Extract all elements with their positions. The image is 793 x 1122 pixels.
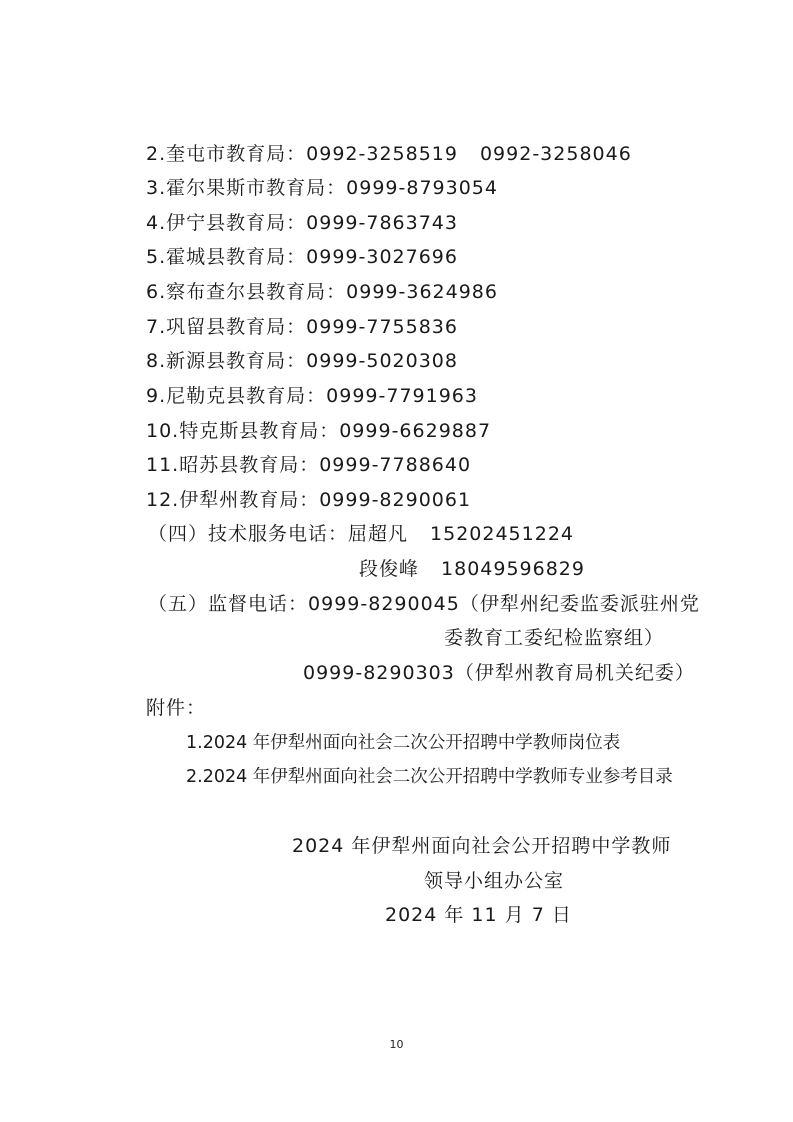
contact-phone: 0999-7791963	[326, 385, 478, 407]
contact-phone: 0999-6629887	[339, 420, 491, 442]
contact-item-zhaosu: 11.昭苏县教育局：0999-7788640	[146, 453, 471, 477]
tech-support-name: 屈超凡	[348, 523, 408, 545]
contact-item-gongliu: 7.巩留县教育局：0999-7755836	[146, 315, 458, 339]
contact-phone: 0999-7788640	[319, 454, 471, 476]
supervision-line-2: 委教育工委纪检监察组）	[444, 626, 664, 650]
contact-phone: 0999-3624986	[346, 281, 498, 303]
contact-item-kuitun: 2.奎屯市教育局：0992-32585190992-3258046	[146, 142, 632, 166]
supervision-phone: 0999-8290045	[308, 593, 460, 615]
contact-phone-2: 0992-3258046	[480, 143, 632, 165]
contact-label: 6.察布查尔县教育局：	[146, 281, 346, 303]
signature-date: 2024 年 11 月 7 日	[385, 903, 572, 927]
contact-label: 2.奎屯市教育局：	[146, 143, 306, 165]
contact-label: 7.巩留县教育局：	[146, 316, 306, 338]
contact-phone: 0999-8793054	[346, 177, 498, 199]
supervision-line-1: （五）监督电话：0999-8290045（伊犁州纪委监委派驻州党	[148, 592, 700, 616]
contact-label: 4.伊宁县教育局：	[146, 212, 306, 234]
contact-label: 5.霍城县教育局：	[146, 246, 306, 268]
contact-item-ili-prefecture: 12.伊犁州教育局：0999-8290061	[146, 488, 471, 512]
page-number: 10	[0, 1038, 793, 1051]
contact-item-xinyuan: 8.新源县教育局：0999-5020308	[146, 349, 458, 373]
supervision-line-3: 0999-8290303（伊犁州教育局机关纪委）	[303, 661, 695, 685]
contact-phone: 0999-8290061	[319, 489, 471, 511]
attachments-label: 附件：	[146, 696, 206, 720]
supervision-label: （五）监督电话：	[148, 593, 308, 615]
contact-phone: 0999-5020308	[306, 350, 458, 372]
supervision-note-continued: 委教育工委纪检监察组）	[444, 627, 664, 649]
contact-item-qapqal: 6.察布查尔县教育局：0999-3624986	[146, 280, 498, 304]
contact-label: 12.伊犁州教育局：	[146, 489, 319, 511]
contact-item-nilka: 9.尼勒克县教育局：0999-7791963	[146, 384, 478, 408]
contact-item-tekes: 10.特克斯县教育局：0999-6629887	[146, 419, 491, 443]
tech-support-phone: 18049596829	[441, 558, 585, 580]
contact-label: 11.昭苏县教育局：	[146, 454, 319, 476]
contact-label: 8.新源县教育局：	[146, 350, 306, 372]
tech-support-name: 段俊峰	[359, 558, 419, 580]
attachment-item: 1.2024 年伊犁州面向社会二次公开招聘中学教师岗位表	[186, 731, 620, 755]
contact-phone: 0999-7863743	[306, 212, 458, 234]
signature-org-line-1: 2024 年伊犁州面向社会公开招聘中学教师	[292, 834, 671, 858]
contact-label: 9.尼勒克县教育局：	[146, 385, 326, 407]
tech-support-line-2: 段俊峰18049596829	[359, 557, 585, 581]
contact-item-huocheng: 5.霍城县教育局：0999-3027696	[146, 245, 458, 269]
tech-support-line-1: （四）技术服务电话：屈超凡15202451224	[148, 522, 574, 546]
contact-phone: 0992-3258519	[306, 143, 458, 165]
supervision-note: （伊犁州纪委监委派驻州党	[460, 593, 700, 615]
supervision-note: （伊犁州教育局机关纪委）	[455, 662, 695, 684]
signature-org-line-2: 领导小组办公室	[424, 869, 564, 893]
tech-support-phone: 15202451224	[430, 523, 574, 545]
tech-support-label: （四）技术服务电话：	[148, 523, 348, 545]
contact-item-yining: 4.伊宁县教育局：0999-7863743	[146, 211, 458, 235]
attachment-item: 2.2024 年伊犁州面向社会二次公开招聘中学教师专业参考目录	[186, 765, 673, 789]
contact-label: 10.特克斯县教育局：	[146, 420, 339, 442]
contact-item-khorgos: 3.霍尔果斯市教育局：0999-8793054	[146, 176, 498, 200]
contact-phone: 0999-3027696	[306, 246, 458, 268]
contact-label: 3.霍尔果斯市教育局：	[146, 177, 346, 199]
contact-phone: 0999-7755836	[306, 316, 458, 338]
supervision-phone: 0999-8290303	[303, 662, 455, 684]
